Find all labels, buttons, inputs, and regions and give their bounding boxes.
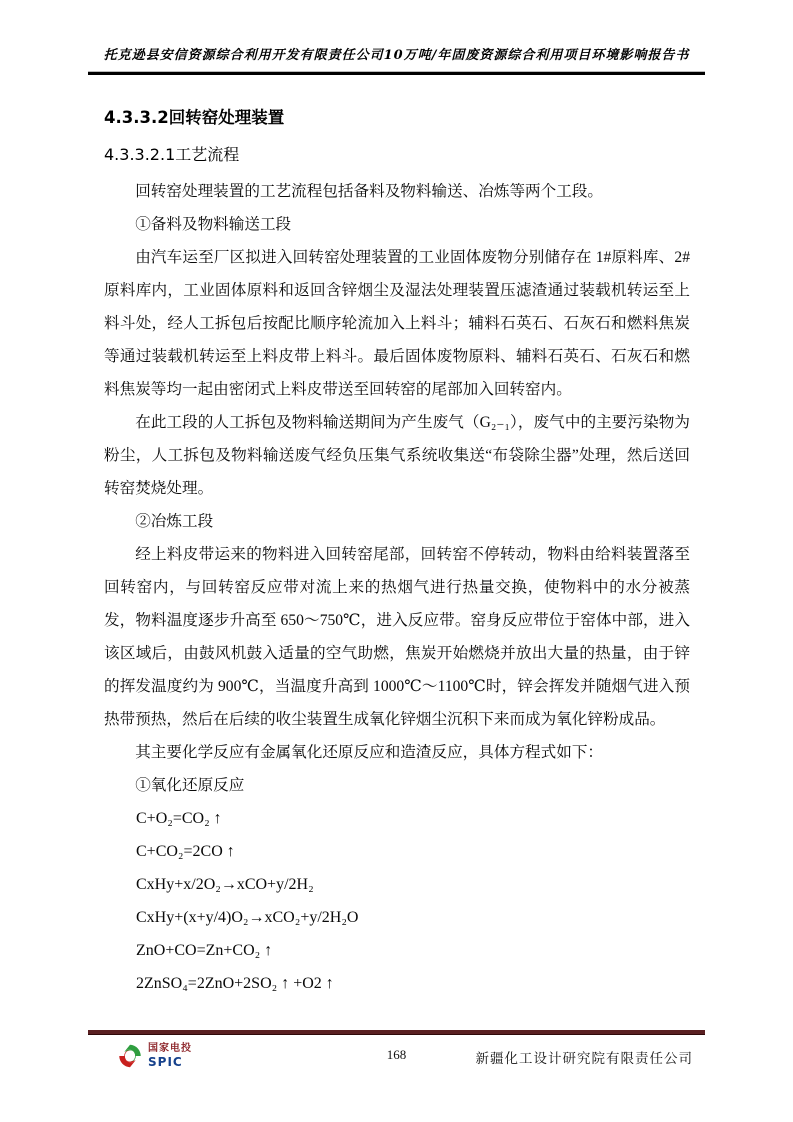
spic-logo-cn: 国家电投 <box>148 1044 192 1054</box>
equation-6: 2ZnSO₄=2ZnO+2SO₂ ↑ +O2 ↑ <box>104 967 690 1000</box>
spic-logo-en: SPIC <box>148 1056 192 1068</box>
paragraph-reactions-intro: 其主要化学反应有金属氧化还原反应和造渣反应，具体方程式如下： <box>104 736 690 769</box>
footer-company-name: 新疆化工设计研究院有限责任公司 <box>476 1047 694 1067</box>
header-divider <box>88 71 705 75</box>
footer-row: 国家电投 SPIC 168 新疆化工设计研究院有限责任公司 <box>88 1041 705 1081</box>
paragraph-stage2-label: ②冶炼工段 <box>104 505 690 538</box>
equation-2: C+CO₂=2CO ↑ <box>104 835 690 868</box>
document-body: 4.3.3.2回转窑处理装置 4.3.3.2.1工艺流程 回转窑处理装置的工艺流… <box>104 96 690 1000</box>
equation-5: ZnO+CO=Zn+CO₂ ↑ <box>104 934 690 967</box>
document-page: 托克逊县安信资源综合利用开发有限责任公司10万吨/年固废资源综合利用项目环境影响… <box>0 0 793 1122</box>
paragraph-stage1-label: ①备料及物料输送工段 <box>104 208 690 241</box>
paragraph-stage1-wastegas: 在此工段的人工拆包及物料输送期间为产生废气（G₂₋₁），废气中的主要污染物为粉尘… <box>104 406 690 505</box>
paragraph-stage1-body: 由汽车运至厂区拟进入回转窑处理装置的工业固体废物分别储存在 1#原料库、2#原料… <box>104 241 690 406</box>
equation-3: CxHy+x/2O₂→xCO+y/2H₂ <box>104 868 690 901</box>
page-footer: 国家电投 SPIC 168 新疆化工设计研究院有限责任公司 <box>88 1030 705 1081</box>
spic-logo-text: 国家电投 SPIC <box>148 1044 192 1068</box>
spic-logo: 国家电投 SPIC <box>116 1042 192 1070</box>
equation-4: CxHy+(x+y/4)O₂→xCO₂+y/2H₂O <box>104 901 690 934</box>
paragraph-redox-label: ①氧化还原反应 <box>104 769 690 802</box>
report-title: 托克逊县安信资源综合利用开发有限责任公司10万吨/年固废资源综合利用项目环境影响… <box>88 44 705 63</box>
paragraph-stage2-body: 经上料皮带运来的物料进入回转窑尾部，回转窑不停转动，物料由给料装置落至回转窑内，… <box>104 538 690 736</box>
page-header: 托克逊县安信资源综合利用开发有限责任公司10万吨/年固废资源综合利用项目环境影响… <box>0 0 793 75</box>
equation-1: C+O₂=CO₂ ↑ <box>104 802 690 835</box>
subsection-heading: 4.3.3.2.1工艺流程 <box>104 142 690 165</box>
spic-logo-icon <box>116 1042 144 1070</box>
paragraph-intro: 回转窑处理装置的工艺流程包括备料及物料输送、冶炼等两个工段。 <box>104 175 690 208</box>
section-heading: 4.3.3.2回转窑处理装置 <box>104 104 690 128</box>
footer-divider <box>88 1030 705 1035</box>
page-number: 168 <box>387 1047 407 1063</box>
